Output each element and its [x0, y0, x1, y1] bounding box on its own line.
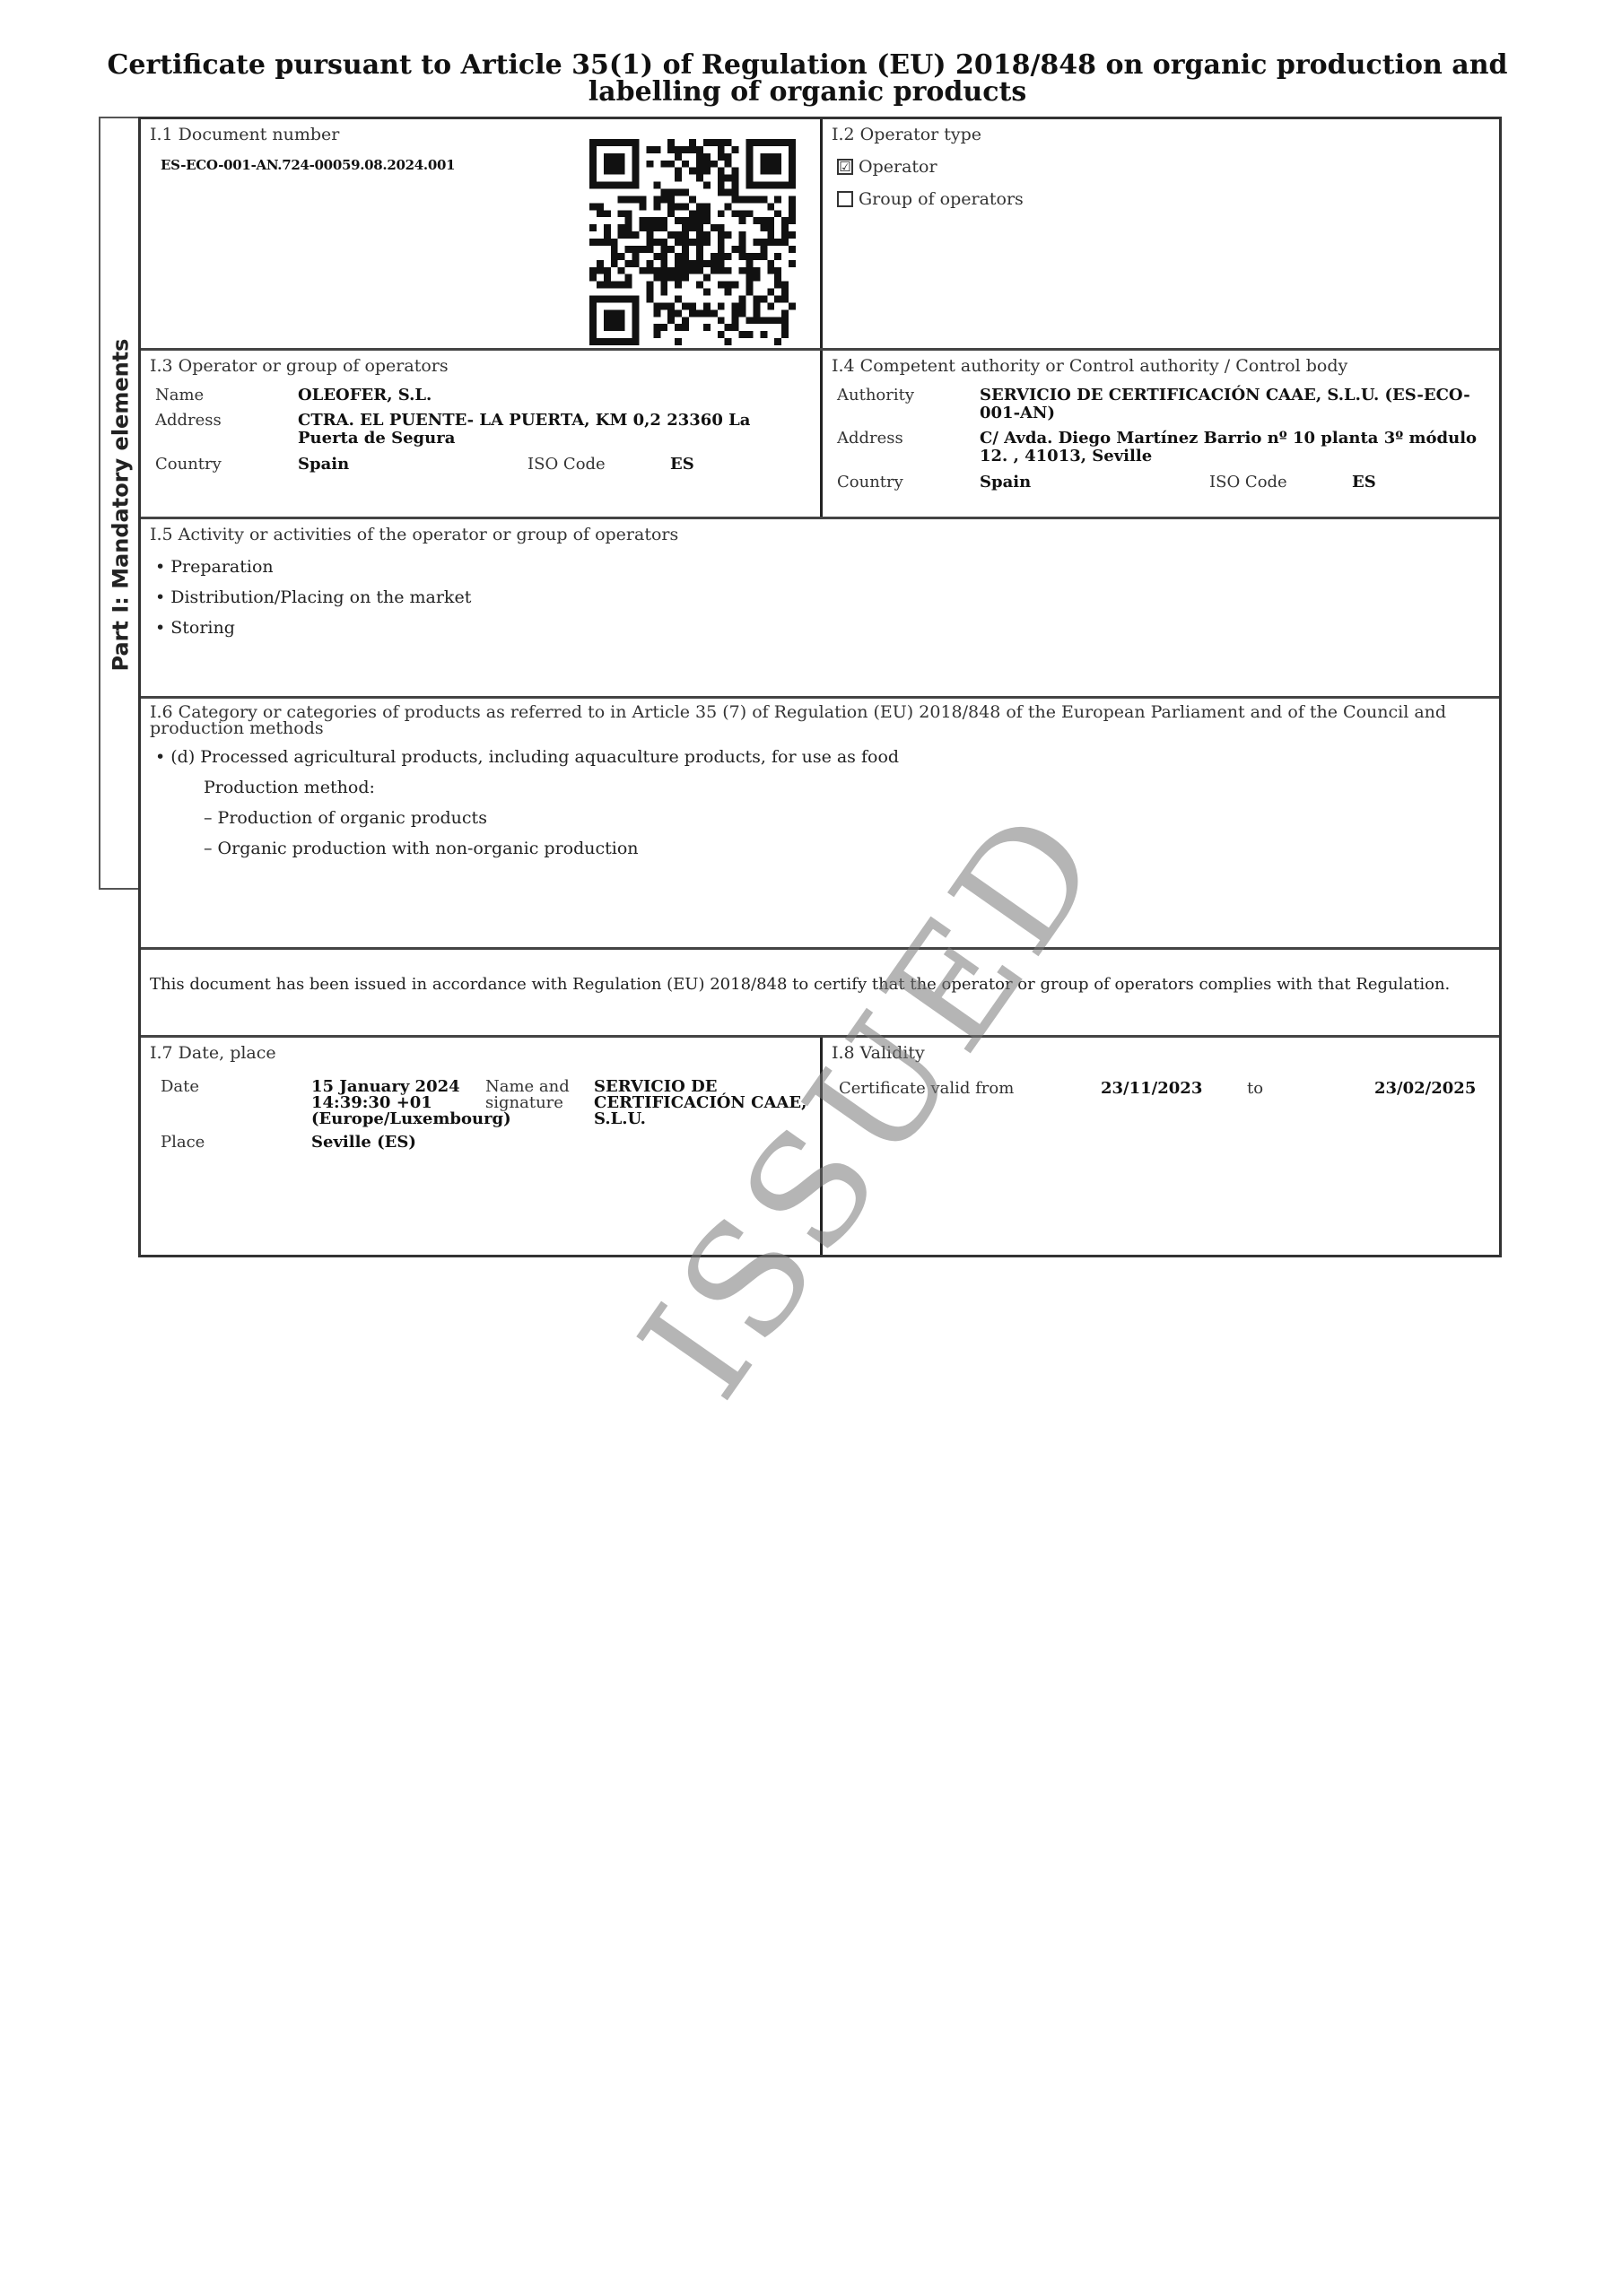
authority-key: Authority	[832, 383, 980, 426]
authority-country: Spain	[980, 469, 1204, 495]
operator-details: Name OLEOFER, S.L. Address CTRA. EL PUEN…	[150, 383, 811, 451]
place-value: Seville (ES)	[311, 1131, 482, 1154]
row-activities: I.5 Activity or activities of the operat…	[141, 519, 1499, 699]
date-details: Date 15 January 2024 14:39:30 +01 (Europ…	[150, 1075, 811, 1154]
row-categories: I.6 Category or categories of products a…	[141, 699, 1499, 950]
production-method-item: – Production of organic products	[204, 808, 1490, 828]
iso-key: ISO Code	[1204, 469, 1352, 495]
to-key: to	[1240, 1075, 1374, 1101]
part-tab: Part I: Mandatory elements	[99, 117, 138, 890]
address-key: Address	[832, 426, 980, 469]
section-label: I.8 Validity	[832, 1043, 1490, 1063]
section-document-number: I.1 Document number ES-ECO-001-AN.724-00…	[141, 119, 823, 348]
row-document-operator-type: I.1 Document number ES-ECO-001-AN.724-00…	[141, 119, 1499, 351]
place-key: Place	[150, 1131, 311, 1154]
row-operator-authority: I.3 Operator or group of operators Name …	[141, 351, 1499, 519]
section-categories: I.6 Category or categories of products a…	[141, 699, 1499, 947]
checkbox-label: Operator	[859, 157, 937, 177]
section-operator: I.3 Operator or group of operators Name …	[141, 351, 823, 517]
row-statement: This document has been issued in accorda…	[141, 950, 1499, 1038]
group-checkbox-row[interactable]: Group of operators	[837, 189, 1490, 209]
validity-line: Certificate valid from 23/11/2023 to 23/…	[832, 1075, 1490, 1101]
qr-code-icon	[589, 139, 796, 345]
certificate-title: Certificate pursuant to Article 35(1) of…	[99, 52, 1516, 106]
category-item: • (d) Processed agricultural products, i…	[155, 747, 1490, 767]
operator-checkbox-row[interactable]: ☑ Operator	[837, 157, 1490, 177]
signature-value: SERVICIO DE CERTIFICACIÓN CAAE, S.L.U.	[594, 1075, 811, 1131]
iso-key: ISO Code	[522, 451, 670, 477]
checkbox-label: Group of operators	[859, 189, 1024, 209]
operator-country: Spain	[298, 451, 522, 477]
activity-item: • Preparation	[155, 557, 1490, 577]
statement-text: This document has been issued in accorda…	[150, 955, 1490, 993]
activity-item: • Storing	[155, 618, 1490, 638]
valid-from-value: 23/11/2023	[1101, 1075, 1240, 1101]
section-label: I.7 Date, place	[150, 1043, 811, 1063]
date-key: Date	[150, 1075, 311, 1131]
authority-address: C/ Avda. Diego Martínez Barrio nº 10 pla…	[980, 426, 1490, 469]
section-label: I.6 Category or categories of products a…	[150, 704, 1490, 736]
authority-country-line: Country Spain ISO Code ES	[832, 469, 1490, 495]
section-label: I.4 Competent authority or Control autho…	[832, 356, 1490, 376]
authority-iso: ES	[1352, 469, 1490, 495]
certificate-form: I.1 Document number ES-ECO-001-AN.724-00…	[138, 117, 1502, 1257]
authority-details: Authority SERVICIO DE CERTIFICACIÓN CAAE…	[832, 383, 1490, 469]
section-activities: I.5 Activity or activities of the operat…	[141, 519, 1499, 696]
authority-name: SERVICIO DE CERTIFICACIÓN CAAE, S.L.U. (…	[980, 383, 1490, 426]
section-validity: I.8 Validity Certificate valid from 23/1…	[823, 1038, 1499, 1255]
country-key: Country	[150, 451, 298, 477]
operator-country-line: Country Spain ISO Code ES	[150, 451, 811, 477]
section-operator-type: I.2 Operator type ☑ Operator Group of op…	[823, 119, 1499, 348]
section-statement: This document has been issued in accorda…	[141, 950, 1499, 1035]
section-label: I.5 Activity or activities of the operat…	[150, 525, 1490, 544]
row-date-validity: I.7 Date, place Date 15 January 2024 14:…	[141, 1038, 1499, 1255]
part-label-container: Part I: Mandatory elements	[100, 118, 140, 891]
operator-address: CTRA. EL PUENTE- LA PUERTA, KM 0,2 23360…	[298, 408, 811, 451]
country-key: Country	[832, 469, 980, 495]
operator-iso: ES	[670, 451, 811, 477]
production-method-heading: Production method:	[204, 778, 1490, 797]
section-date-place: I.7 Date, place Date 15 January 2024 14:…	[141, 1038, 823, 1255]
activity-item: • Distribution/Placing on the market	[155, 587, 1490, 607]
valid-to-value: 23/02/2025	[1374, 1075, 1490, 1101]
part-label: Part I: Mandatory elements	[108, 339, 133, 672]
address-key: Address	[150, 408, 298, 451]
operator-name: OLEOFER, S.L.	[298, 383, 811, 408]
checkbox-unchecked-icon[interactable]	[837, 191, 853, 207]
valid-from-key: Certificate valid from	[832, 1075, 1101, 1101]
production-method-item: – Organic production with non-organic pr…	[204, 839, 1490, 858]
section-authority: I.4 Competent authority or Control autho…	[823, 351, 1499, 517]
date-value: 15 January 2024 14:39:30 +01 (Europe/Lux…	[311, 1075, 482, 1131]
signature-key: Name and signature	[482, 1075, 594, 1131]
checkbox-checked-icon[interactable]: ☑	[837, 159, 853, 175]
section-label: I.2 Operator type	[832, 125, 1490, 144]
name-key: Name	[150, 383, 298, 408]
section-label: I.3 Operator or group of operators	[150, 356, 811, 376]
